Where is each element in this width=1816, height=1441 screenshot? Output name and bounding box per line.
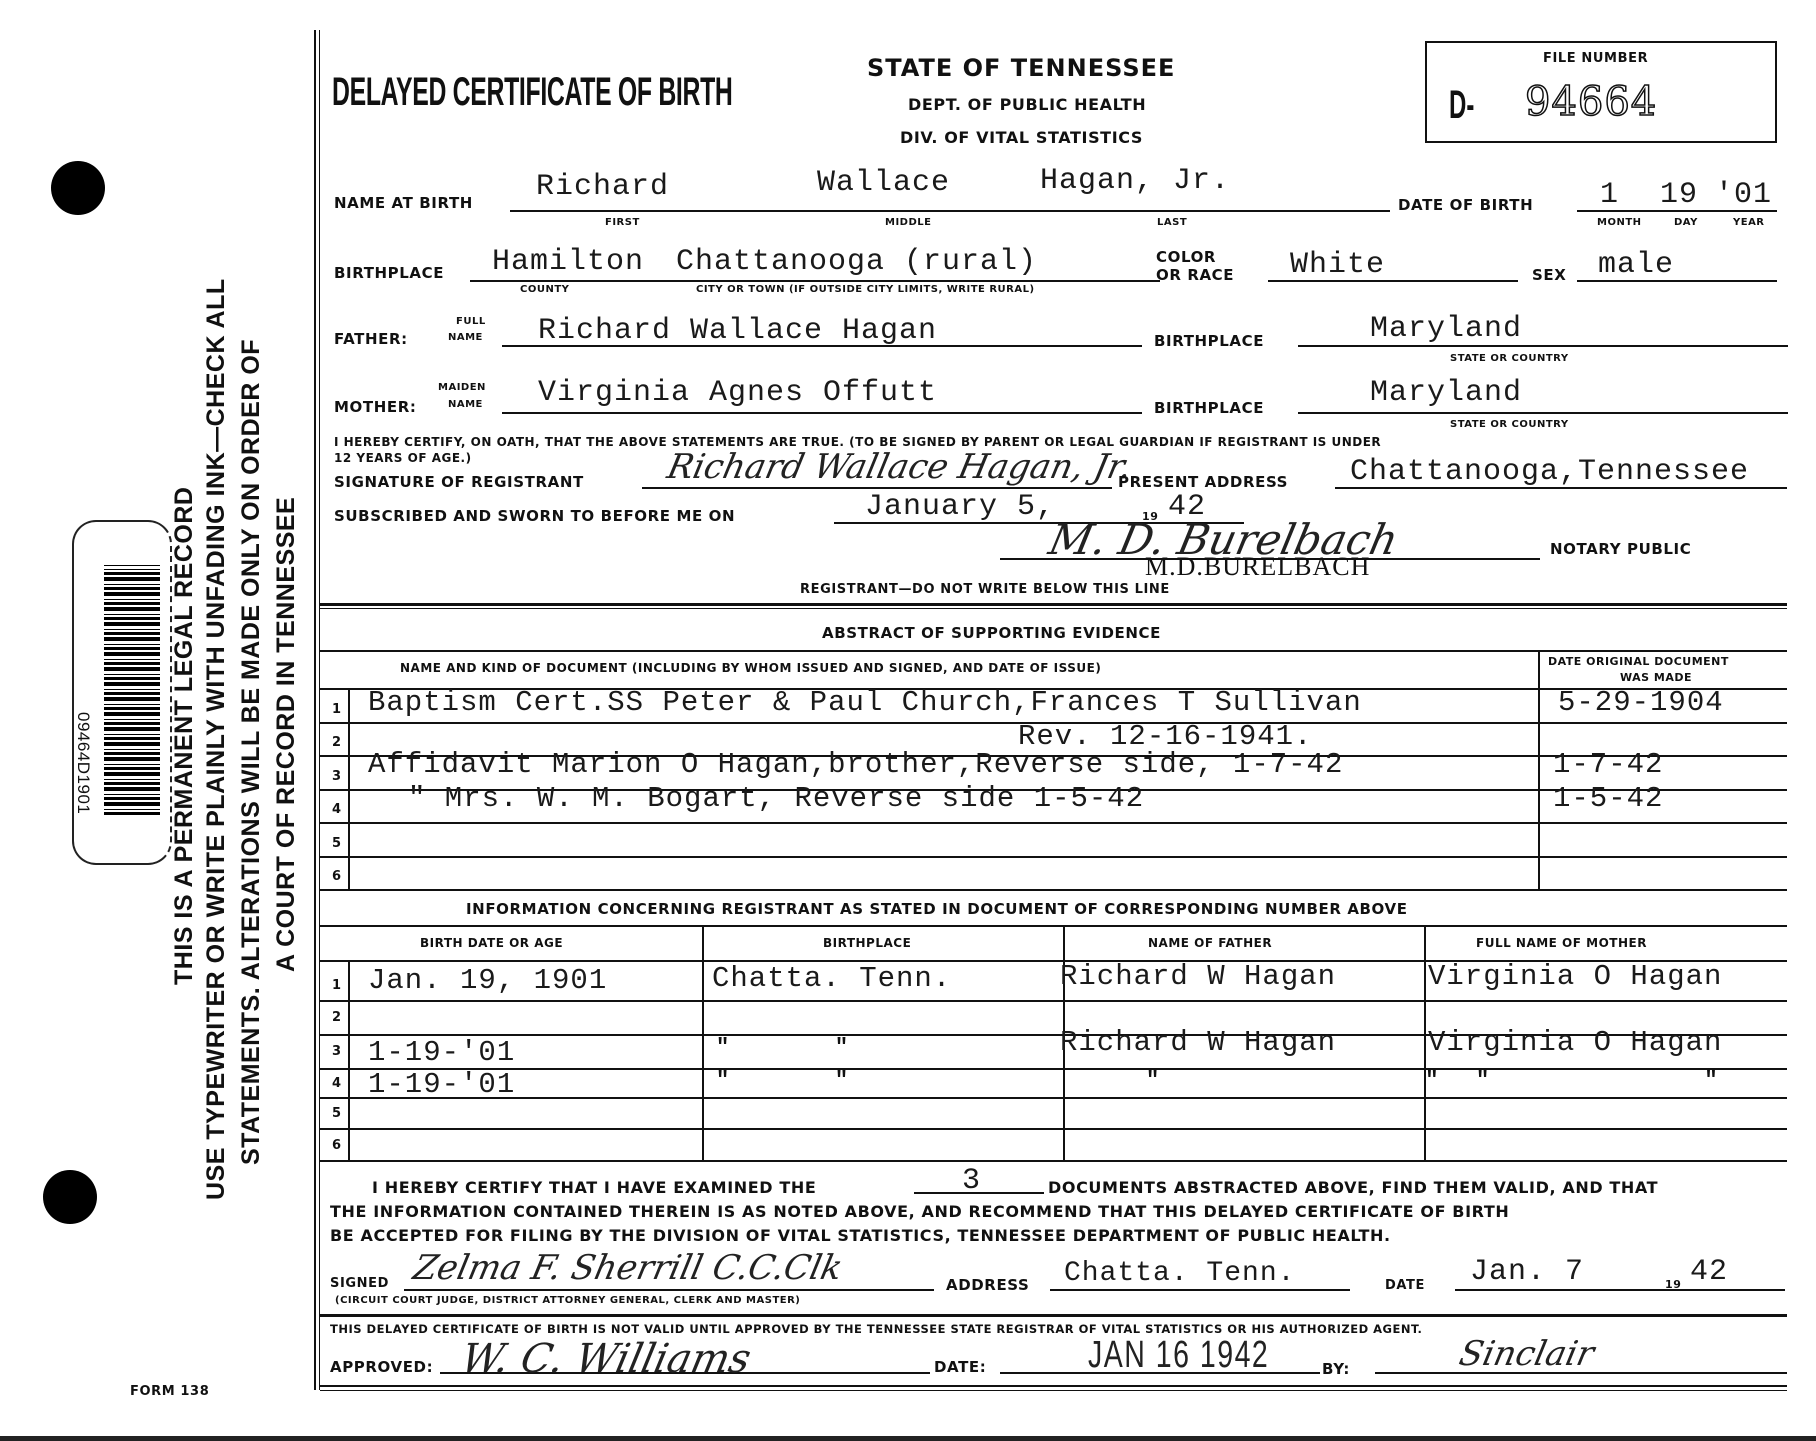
dob-year: '01	[1715, 178, 1772, 212]
birth-county: Hamilton	[492, 245, 644, 279]
certify-address: Chatta. Tenn.	[1064, 1258, 1295, 1289]
info-row-4-birth-date: 1-19-'01	[368, 1068, 515, 1101]
father-name-label: NAME	[448, 333, 483, 344]
sworn-label: SUBSCRIBED AND SWORN TO BEFORE ME ON	[334, 507, 735, 525]
day-caption: DAY	[1674, 218, 1698, 229]
file-number-label: FILE NUMBER	[1543, 51, 1648, 66]
approved-label: APPROVED:	[330, 1358, 433, 1376]
birthplace-label: BIRTHPLACE	[334, 264, 444, 282]
info-row-4-birthplace: " "	[716, 1068, 848, 1093]
file-number-prefix: D-	[1449, 83, 1474, 128]
form-bottom-border-2	[320, 1390, 1787, 1391]
abstract-row-number: 2	[332, 735, 341, 750]
registrant-signature-underline	[642, 487, 1112, 489]
info-row-number: 1	[332, 978, 341, 993]
registrant-section-divider-2	[320, 608, 1787, 609]
dob-day: 19	[1660, 178, 1698, 212]
sworn-month-day: January 5,	[865, 490, 1055, 524]
info-row-3-mother: Virginia O Hagan	[1428, 1026, 1722, 1059]
certify-address-underline	[1050, 1289, 1350, 1291]
form-number: FORM 138	[130, 1384, 209, 1399]
info-row-number: 6	[332, 1138, 341, 1153]
info-col-birth-date: BIRTH DATE OR AGE	[420, 937, 563, 950]
mother-label: MOTHER:	[334, 398, 416, 416]
abstract-col-date-2: WAS MADE	[1620, 672, 1692, 684]
birth-city: Chattanooga (rural)	[676, 245, 1037, 279]
division-name: DIV. OF VITAL STATISTICS	[900, 128, 1143, 147]
department-name: DEPT. OF PUBLIC HEALTH	[908, 95, 1146, 114]
mother-maiden-label: MAIDEN	[438, 383, 486, 394]
info-col-father: NAME OF FATHER	[1148, 937, 1272, 950]
info-row-3-father: Richard W Hagan	[1060, 1026, 1336, 1059]
info-row-1-birth-date: Jan. 19, 1901	[368, 964, 607, 997]
info-row-number: 4	[332, 1076, 341, 1091]
state-name: STATE OF TENNESSEE	[867, 54, 1175, 82]
info-col-mother: FULL NAME OF MOTHER	[1476, 937, 1647, 950]
notary-typed-name: M.D.BURELBACH	[1145, 552, 1370, 582]
approval-by-label: BY:	[1322, 1360, 1350, 1378]
certify-line-3: BE ACCEPTED FOR FILING BY THE DIVISION O…	[330, 1226, 1391, 1245]
clerk-signature: Zelma F. Sherrill C.C.Clk	[410, 1248, 846, 1288]
abstract-col-document: NAME AND KIND OF DOCUMENT (INCLUDING BY …	[400, 662, 1101, 675]
present-address: Chattanooga,Tennessee	[1350, 455, 1749, 489]
file-number-box: FILE NUMBER D- 94664	[1425, 41, 1777, 143]
notary-public-label: NOTARY PUBLIC	[1550, 540, 1691, 558]
certify-date: Jan. 7	[1470, 1255, 1584, 1289]
mother-name-underline	[502, 412, 1142, 414]
certify-address-label: ADDRESS	[946, 1276, 1029, 1294]
punch-hole-top	[51, 161, 105, 215]
punch-hole-bottom	[43, 1170, 97, 1224]
last-name: Hagan, Jr.	[1040, 164, 1230, 198]
approval-date-stamp: JAN 16 1942	[1088, 1334, 1269, 1377]
certification-divider	[320, 1314, 1787, 1317]
abstract-row-line	[320, 889, 1787, 891]
abstract-title: ABSTRACT OF SUPPORTING EVIDENCE	[822, 624, 1161, 642]
info-title: INFORMATION CONCERNING REGISTRANT AS STA…	[466, 900, 1408, 918]
info-row-line	[320, 1128, 1787, 1130]
abstract-row-1-date: 5-29-1904	[1558, 686, 1724, 719]
barcode	[104, 565, 160, 815]
year-caption: YEAR	[1733, 218, 1765, 229]
info-row-line	[320, 1000, 1787, 1002]
registrant-section-divider	[320, 603, 1787, 606]
city-caption: CITY OR TOWN (IF OUTSIDE CITY LIMITS, WR…	[696, 285, 1035, 296]
first-caption: FIRST	[605, 218, 640, 229]
father-name: Richard Wallace Hagan	[538, 314, 937, 348]
page-bottom-edge	[0, 1436, 1816, 1441]
middle-name: Wallace	[817, 166, 950, 200]
abstract-date-column-divider	[1538, 650, 1540, 890]
document-title: DELAYED CERTIFICATE OF BIRTH	[332, 70, 733, 115]
sex-value: male	[1598, 248, 1674, 282]
county-caption: COUNTY	[520, 285, 569, 296]
certify-date-label: DATE	[1385, 1278, 1425, 1293]
signed-label: SIGNED	[330, 1276, 389, 1291]
father-birthplace-label: BIRTHPLACE	[1154, 332, 1264, 350]
info-row-1-birthplace: Chatta. Tenn.	[712, 962, 951, 995]
barcode-number: 09464D1901	[73, 712, 93, 814]
info-row-number: 5	[332, 1106, 341, 1121]
date-of-birth-label: DATE OF BIRTH	[1398, 196, 1533, 214]
abstract-row-3-date: 1-7-42	[1553, 748, 1663, 781]
race-label-1: COLOR	[1156, 248, 1216, 266]
last-caption: LAST	[1157, 218, 1187, 229]
name-at-birth-label: NAME AT BIRTH	[334, 194, 473, 212]
certify-document-count: 3	[962, 1164, 981, 1198]
do-not-write-below-warning: REGISTRANT—DO NOT WRITE BELOW THIS LINE	[800, 582, 1170, 597]
present-address-label: PRESENT ADDRESS	[1118, 473, 1288, 491]
notice-line-2: USE TYPEWRITER OR WRITE PLAINLY WITH UNF…	[202, 278, 231, 1200]
dob-month: 1	[1600, 178, 1619, 212]
info-row-number: 3	[332, 1044, 341, 1059]
approval-date-label: DATE:	[934, 1358, 986, 1376]
first-name: Richard	[536, 170, 669, 204]
mother-birthplace-caption: STATE OR COUNTRY	[1450, 420, 1569, 431]
approver-signature: W. C. Williams	[457, 1336, 755, 1382]
middle-caption: MIDDLE	[885, 218, 931, 229]
abstract-row-line	[320, 822, 1787, 824]
registrant-signature: Richard Wallace Hagan, Jr.	[664, 447, 1136, 487]
info-row-4-mother: " " "	[1476, 1068, 1816, 1093]
race-value: White	[1290, 248, 1385, 282]
info-row-line	[320, 1097, 1787, 1099]
certify-date-underline	[1455, 1289, 1785, 1291]
notice-line-1: THIS IS A PERMANENT LEGAL RECORD	[170, 487, 199, 985]
certify-century: 19	[1665, 1278, 1682, 1291]
month-caption: MONTH	[1597, 218, 1642, 229]
abstract-col-date-1: DATE ORIGINAL DOCUMENT	[1548, 656, 1729, 668]
father-full-label: FULL	[456, 317, 486, 328]
signed-underline	[404, 1289, 934, 1291]
info-header-top	[320, 925, 1787, 927]
birthplace-underline	[470, 280, 1160, 282]
info-row-number: 2	[332, 1010, 341, 1025]
abstract-row-3-document: Affidavit Marion O Hagan,brother,Reverse…	[368, 748, 1343, 781]
mother-name: Virginia Agnes Offutt	[538, 376, 937, 410]
abstract-row-4-document: " Mrs. W. M. Bogart, Reverse side 1-5-42	[408, 782, 1144, 815]
notice-line-3: STATEMENTS. ALTERATIONS WILL BE MADE ONL…	[237, 339, 266, 1165]
abstract-header-top	[320, 650, 1787, 652]
form-bottom-border	[320, 1385, 1787, 1387]
registrar-signature: Sinclair	[1456, 1334, 1598, 1374]
abstract-row-number: 4	[332, 802, 341, 817]
abstract-row-line	[320, 856, 1787, 858]
info-row-1-mother: Virginia O Hagan	[1428, 960, 1722, 993]
mother-birthplace-underline	[1298, 412, 1788, 414]
form-left-border	[314, 30, 316, 1390]
name-underline	[510, 210, 1390, 212]
mother-name-label: NAME	[448, 400, 483, 411]
father-birthplace-caption: STATE OR COUNTRY	[1450, 354, 1569, 365]
certify-line-2: THE INFORMATION CONTAINED THEREIN IS AS …	[330, 1202, 1509, 1221]
info-row-1-father: Richard W Hagan	[1060, 960, 1336, 993]
certify-line-1-post: DOCUMENTS ABSTRACTED ABOVE, FIND THEM VA…	[1048, 1178, 1658, 1197]
info-row-3-birth-date: 1-19-'01	[368, 1036, 515, 1069]
race-label-2: OR RACE	[1156, 266, 1234, 284]
abstract-row-number: 1	[332, 702, 341, 717]
abstract-row-4-date: 1-5-42	[1553, 782, 1663, 815]
certify-line-1-pre: I HEREBY CERTIFY THAT I HAVE EXAMINED TH…	[372, 1178, 816, 1197]
file-number: 94664	[1525, 79, 1657, 125]
info-row-3-birthplace: " "	[716, 1035, 848, 1060]
father-label: FATHER:	[334, 330, 408, 348]
abstract-row-number: 6	[332, 869, 341, 884]
abstract-row-number: 5	[332, 836, 341, 851]
abstract-row-number: 3	[332, 769, 341, 784]
mother-birthplace-label: BIRTHPLACE	[1154, 399, 1264, 417]
oath-text-line-2: 12 YEARS OF AGE.)	[334, 452, 472, 465]
sex-label: SEX	[1532, 266, 1566, 284]
abstract-row-1-document: Baptism Cert.SS Peter & Paul Church,Fran…	[368, 686, 1362, 719]
info-col-birthplace: BIRTHPLACE	[823, 937, 911, 950]
notice-line-4: A COURT OF RECORD IN TENNESSEE	[272, 497, 301, 972]
certify-year: 42	[1690, 1255, 1728, 1289]
signer-title-caption: (CIRCUIT COURT JUDGE, DISTRICT ATTORNEY …	[335, 1296, 800, 1307]
signature-of-registrant-label: SIGNATURE OF REGISTRANT	[334, 473, 584, 491]
form-left-border-inner	[319, 30, 320, 1390]
info-number-column-divider	[348, 960, 350, 1160]
info-row-line	[320, 1160, 1787, 1162]
father-birthplace: Maryland	[1370, 312, 1522, 346]
mother-birthplace: Maryland	[1370, 376, 1522, 410]
